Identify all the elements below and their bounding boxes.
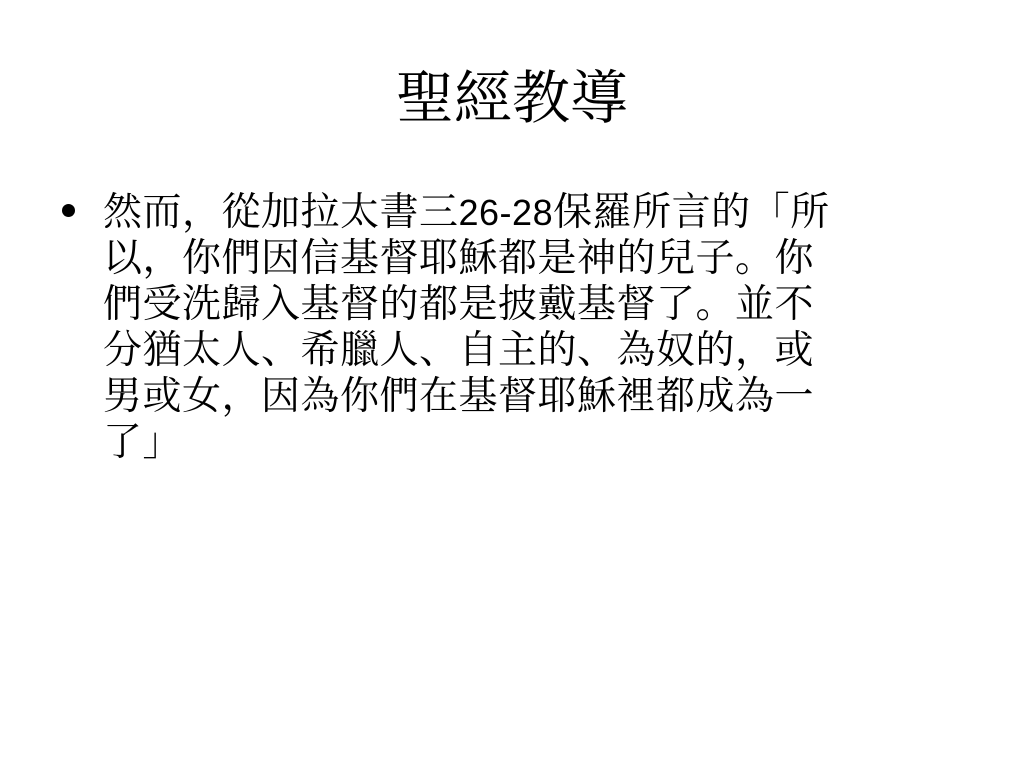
bullet-line-4: 分猶太人、希臘人、自主的、為奴的，或	[103, 328, 960, 374]
line-text: 保羅所言的「所	[553, 190, 830, 235]
verse-reference: 26-28	[459, 192, 554, 233]
bullet-line-3: 們受洗歸入基督的都是披戴基督了。並不	[103, 282, 960, 328]
bullet-list: 然而，從加拉太書三26-28保羅所言的「所 以，你們因信基督耶穌都是神的兒子。你…	[60, 190, 960, 466]
bullet-line-5: 男或女，因為你們在基督耶穌裡都成為一	[103, 374, 960, 420]
bullet-line-1: 然而，從加拉太書三26-28保羅所言的「所	[103, 190, 960, 236]
line-text: 然而，從加拉太書三	[103, 190, 459, 235]
bullet-item: 然而，從加拉太書三26-28保羅所言的「所 以，你們因信基督耶穌都是神的兒子。你…	[60, 190, 960, 466]
slide-title: 聖經教導	[0, 62, 1024, 134]
bullet-line-2: 以，你們因信基督耶穌都是神的兒子。你	[103, 236, 960, 282]
bullet-line-6: 了」	[103, 420, 960, 466]
bullet-dot-icon	[62, 200, 75, 213]
